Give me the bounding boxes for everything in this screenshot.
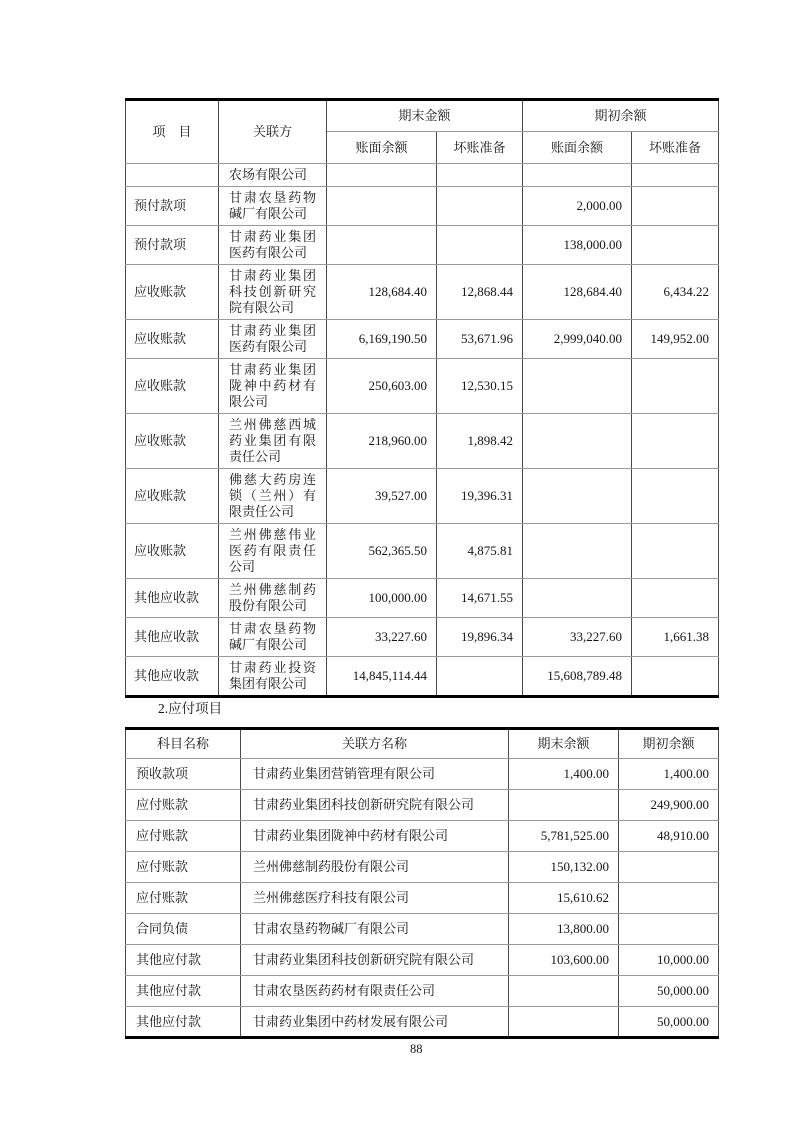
ending-book-balance-cell xyxy=(327,164,437,187)
ending-bad-debt-cell xyxy=(437,164,523,187)
item-cell: 应收账款 xyxy=(126,414,219,469)
table-row: 应付账款 甘肃药业集团陇神中药材有限公司 5,781,525.00 48,910… xyxy=(126,821,719,852)
item-cell: 其他应收款 xyxy=(126,657,219,697)
ending-balance-cell xyxy=(509,790,619,821)
t2-header-related-party: 关联方名称 xyxy=(241,729,509,759)
ending-balance-cell: 150,132.00 xyxy=(509,852,619,883)
ending-bad-debt-cell: 14,671.55 xyxy=(437,579,523,618)
beginning-balance-cell xyxy=(619,883,719,914)
ending-bad-debt-cell: 19,396.31 xyxy=(437,469,523,524)
t1-subheader-beginning-bad-debt: 坏账准备 xyxy=(632,132,719,164)
item-cell: 应收账款 xyxy=(126,265,219,320)
t2-header-subject: 科目名称 xyxy=(126,729,241,759)
related-party-cell: 甘肃药业集团陇神中药材有限公司 xyxy=(219,359,327,414)
item-cell xyxy=(126,164,219,187)
ending-bad-debt-cell xyxy=(437,226,523,265)
table-row: 应付账款 兰州佛慈制药股份有限公司 150,132.00 xyxy=(126,852,719,883)
related-party-cell: 甘肃药业集团科技创新研究院有限公司 xyxy=(241,790,509,821)
ending-balance-cell xyxy=(509,976,619,1007)
table-row: 其他应付款 甘肃药业集团中药材发展有限公司 50,000.00 xyxy=(126,1007,719,1038)
page-number: 88 xyxy=(410,1042,423,1057)
table-row: 预收款项 甘肃药业集团营销管理有限公司 1,400.00 1,400.00 xyxy=(126,759,719,790)
related-party-cell: 甘肃药业集团营销管理有限公司 xyxy=(241,759,509,790)
subject-cell: 预收款项 xyxy=(126,759,241,790)
related-party-cell: 兰州佛慈伟业医药有限责任公司 xyxy=(219,524,327,579)
t1-subheader-beginning-book-balance: 账面余额 xyxy=(523,132,632,164)
table-row: 应付账款 甘肃药业集团科技创新研究院有限公司 249,900.00 xyxy=(126,790,719,821)
ending-balance-cell: 15,610.62 xyxy=(509,883,619,914)
t2-header-ending-balance: 期末余额 xyxy=(509,729,619,759)
t2-header: 科目名称 关联方名称 期末余额 期初余额 xyxy=(126,729,719,759)
beginning-bad-debt-cell xyxy=(632,164,719,187)
ending-bad-debt-cell: 19,896.34 xyxy=(437,618,523,657)
beginning-book-balance-cell xyxy=(523,359,632,414)
t1-header-beginning-group: 期初余额 xyxy=(523,100,719,132)
subject-cell: 其他应付款 xyxy=(126,976,241,1007)
related-party-cell: 兰州佛慈制药股份有限公司 xyxy=(219,579,327,618)
t2-header-beginning-balance: 期初余额 xyxy=(619,729,719,759)
related-party-cell: 甘肃农垦药物碱厂有限公司 xyxy=(219,618,327,657)
beginning-book-balance-cell: 15,608,789.48 xyxy=(523,657,632,697)
ending-book-balance-cell: 218,960.00 xyxy=(327,414,437,469)
t2-body: 预收款项 甘肃药业集团营销管理有限公司 1,400.00 1,400.00 应付… xyxy=(126,759,719,1038)
beginning-book-balance-cell: 2,999,040.00 xyxy=(523,320,632,359)
beginning-balance-cell xyxy=(619,914,719,945)
item-cell: 应收账款 xyxy=(126,524,219,579)
beginning-balance-cell xyxy=(619,852,719,883)
ending-bad-debt-cell: 1,898.42 xyxy=(437,414,523,469)
subject-cell: 应付账款 xyxy=(126,852,241,883)
ending-balance-cell: 5,781,525.00 xyxy=(509,821,619,852)
table-row: 应收账款 甘肃药业集团科技创新研究院有限公司 128,684.40 12,868… xyxy=(126,265,719,320)
related-party-cell: 甘肃药业集团医药有限公司 xyxy=(219,320,327,359)
ending-book-balance-cell: 6,169,190.50 xyxy=(327,320,437,359)
related-payables-table: 科目名称 关联方名称 期末余额 期初余额 预收款项 甘肃药业集团营销管理有限公司… xyxy=(125,727,719,1039)
related-party-cell: 甘肃药业集团中药材发展有限公司 xyxy=(241,1007,509,1038)
beginning-book-balance-cell xyxy=(523,414,632,469)
related-party-cell: 兰州佛慈西城药业集团有限责任公司 xyxy=(219,414,327,469)
table-row: 应收账款 佛慈大药房连锁（兰州）有限责任公司 39,527.00 19,396.… xyxy=(126,469,719,524)
table-row: 其他应付款 甘肃农垦医药药材有限责任公司 50,000.00 xyxy=(126,976,719,1007)
t1-header: 项 目 关联方 期末金额 期初余额 账面余额 坏账准备 账面余额 坏账准备 xyxy=(126,100,719,164)
item-cell: 预付款项 xyxy=(126,226,219,265)
related-party-cell: 甘肃农垦药物碱厂有限公司 xyxy=(219,187,327,226)
beginning-bad-debt-cell xyxy=(632,579,719,618)
ending-book-balance-cell: 128,684.40 xyxy=(327,265,437,320)
subject-cell: 应付账款 xyxy=(126,790,241,821)
table-row: 应收账款 兰州佛慈西城药业集团有限责任公司 218,960.00 1,898.4… xyxy=(126,414,719,469)
t1-header-item: 项 目 xyxy=(126,100,219,164)
beginning-balance-cell: 249,900.00 xyxy=(619,790,719,821)
table-row: 预付款项 甘肃农垦药物碱厂有限公司 2,000.00 xyxy=(126,187,719,226)
table-row: 农场有限公司 xyxy=(126,164,719,187)
ending-book-balance-cell: 14,845,114.44 xyxy=(327,657,437,697)
ending-bad-debt-cell xyxy=(437,187,523,226)
table-row: 应收账款 兰州佛慈伟业医药有限责任公司 562,365.50 4,875.81 xyxy=(126,524,719,579)
table-row: 其他应收款 兰州佛慈制药股份有限公司 100,000.00 14,671.55 xyxy=(126,579,719,618)
table-row: 应收账款 甘肃药业集团陇神中药材有限公司 250,603.00 12,530.1… xyxy=(126,359,719,414)
subject-cell: 应付账款 xyxy=(126,883,241,914)
t1-body: 农场有限公司 预付款项 甘肃农垦药物碱厂有限公司 2,000.00 预付款项 甘… xyxy=(126,164,719,697)
beginning-bad-debt-cell xyxy=(632,469,719,524)
related-party-cell: 甘肃药业集团科技创新研究院有限公司 xyxy=(241,945,509,976)
document-page: 项 目 关联方 期末金额 期初余额 账面余额 坏账准备 账面余额 坏账准备 农场… xyxy=(0,0,794,1122)
ending-book-balance-cell: 39,527.00 xyxy=(327,469,437,524)
t1-subheader-ending-bad-debt: 坏账准备 xyxy=(437,132,523,164)
ending-bad-debt-cell: 12,530.15 xyxy=(437,359,523,414)
ending-book-balance-cell xyxy=(327,226,437,265)
ending-balance-cell xyxy=(509,1007,619,1038)
subject-cell: 合同负债 xyxy=(126,914,241,945)
related-party-cell: 甘肃药业投资集团有限公司 xyxy=(219,657,327,697)
beginning-book-balance-cell: 128,684.40 xyxy=(523,265,632,320)
beginning-bad-debt-cell: 149,952.00 xyxy=(632,320,719,359)
beginning-bad-debt-cell xyxy=(632,226,719,265)
ending-balance-cell: 1,400.00 xyxy=(509,759,619,790)
beginning-book-balance-cell xyxy=(523,469,632,524)
item-cell: 其他应收款 xyxy=(126,618,219,657)
beginning-bad-debt-cell xyxy=(632,657,719,697)
table-row: 其他应收款 甘肃药业投资集团有限公司 14,845,114.44 15,608,… xyxy=(126,657,719,697)
beginning-book-balance-cell: 2,000.00 xyxy=(523,187,632,226)
ending-book-balance-cell: 250,603.00 xyxy=(327,359,437,414)
beginning-balance-cell: 50,000.00 xyxy=(619,1007,719,1038)
table-row: 应付账款 兰州佛慈医疗科技有限公司 15,610.62 xyxy=(126,883,719,914)
ending-bad-debt-cell: 53,671.96 xyxy=(437,320,523,359)
item-cell: 预付款项 xyxy=(126,187,219,226)
item-cell: 应收账款 xyxy=(126,469,219,524)
related-party-cell: 农场有限公司 xyxy=(219,164,327,187)
table-row: 其他应收款 甘肃农垦药物碱厂有限公司 33,227.60 19,896.34 3… xyxy=(126,618,719,657)
beginning-bad-debt-cell xyxy=(632,187,719,226)
related-party-cell: 甘肃农垦药物碱厂有限公司 xyxy=(241,914,509,945)
ending-bad-debt-cell xyxy=(437,657,523,697)
beginning-bad-debt-cell: 6,434.22 xyxy=(632,265,719,320)
beginning-balance-cell: 10,000.00 xyxy=(619,945,719,976)
table-row: 预付款项 甘肃药业集团医药有限公司 138,000.00 xyxy=(126,226,719,265)
beginning-book-balance-cell xyxy=(523,164,632,187)
t1-subheader-ending-book-balance: 账面余额 xyxy=(327,132,437,164)
related-party-cell: 甘肃药业集团医药有限公司 xyxy=(219,226,327,265)
ending-bad-debt-cell: 12,868.44 xyxy=(437,265,523,320)
ending-book-balance-cell: 100,000.00 xyxy=(327,579,437,618)
beginning-book-balance-cell xyxy=(523,524,632,579)
beginning-book-balance-cell: 33,227.60 xyxy=(523,618,632,657)
related-party-cell: 甘肃药业集团科技创新研究院有限公司 xyxy=(219,265,327,320)
beginning-book-balance-cell: 138,000.00 xyxy=(523,226,632,265)
item-cell: 应收账款 xyxy=(126,320,219,359)
t1-header-ending-group: 期末金额 xyxy=(327,100,523,132)
related-receivables-table: 项 目 关联方 期末金额 期初余额 账面余额 坏账准备 账面余额 坏账准备 农场… xyxy=(125,98,719,698)
subject-cell: 应付账款 xyxy=(126,821,241,852)
t1-header-related-party: 关联方 xyxy=(219,100,327,164)
table-row: 其他应付款 甘肃药业集团科技创新研究院有限公司 103,600.00 10,00… xyxy=(126,945,719,976)
beginning-book-balance-cell xyxy=(523,579,632,618)
beginning-bad-debt-cell xyxy=(632,359,719,414)
beginning-bad-debt-cell xyxy=(632,414,719,469)
beginning-bad-debt-cell: 1,661.38 xyxy=(632,618,719,657)
subject-cell: 其他应付款 xyxy=(126,945,241,976)
beginning-balance-cell: 50,000.00 xyxy=(619,976,719,1007)
table-row: 应收账款 甘肃药业集团医药有限公司 6,169,190.50 53,671.96… xyxy=(126,320,719,359)
beginning-bad-debt-cell xyxy=(632,524,719,579)
section-heading: 2.应付项目 xyxy=(158,700,222,718)
related-party-cell: 兰州佛慈制药股份有限公司 xyxy=(241,852,509,883)
ending-balance-cell: 103,600.00 xyxy=(509,945,619,976)
ending-balance-cell: 13,800.00 xyxy=(509,914,619,945)
related-party-cell: 兰州佛慈医疗科技有限公司 xyxy=(241,883,509,914)
beginning-balance-cell: 1,400.00 xyxy=(619,759,719,790)
related-party-cell: 甘肃农垦医药药材有限责任公司 xyxy=(241,976,509,1007)
ending-bad-debt-cell: 4,875.81 xyxy=(437,524,523,579)
subject-cell: 其他应付款 xyxy=(126,1007,241,1038)
ending-book-balance-cell: 33,227.60 xyxy=(327,618,437,657)
item-cell: 其他应收款 xyxy=(126,579,219,618)
beginning-balance-cell: 48,910.00 xyxy=(619,821,719,852)
ending-book-balance-cell xyxy=(327,187,437,226)
item-cell: 应收账款 xyxy=(126,359,219,414)
ending-book-balance-cell: 562,365.50 xyxy=(327,524,437,579)
related-party-cell: 甘肃药业集团陇神中药材有限公司 xyxy=(241,821,509,852)
table-row: 合同负债 甘肃农垦药物碱厂有限公司 13,800.00 xyxy=(126,914,719,945)
related-party-cell: 佛慈大药房连锁（兰州）有限责任公司 xyxy=(219,469,327,524)
